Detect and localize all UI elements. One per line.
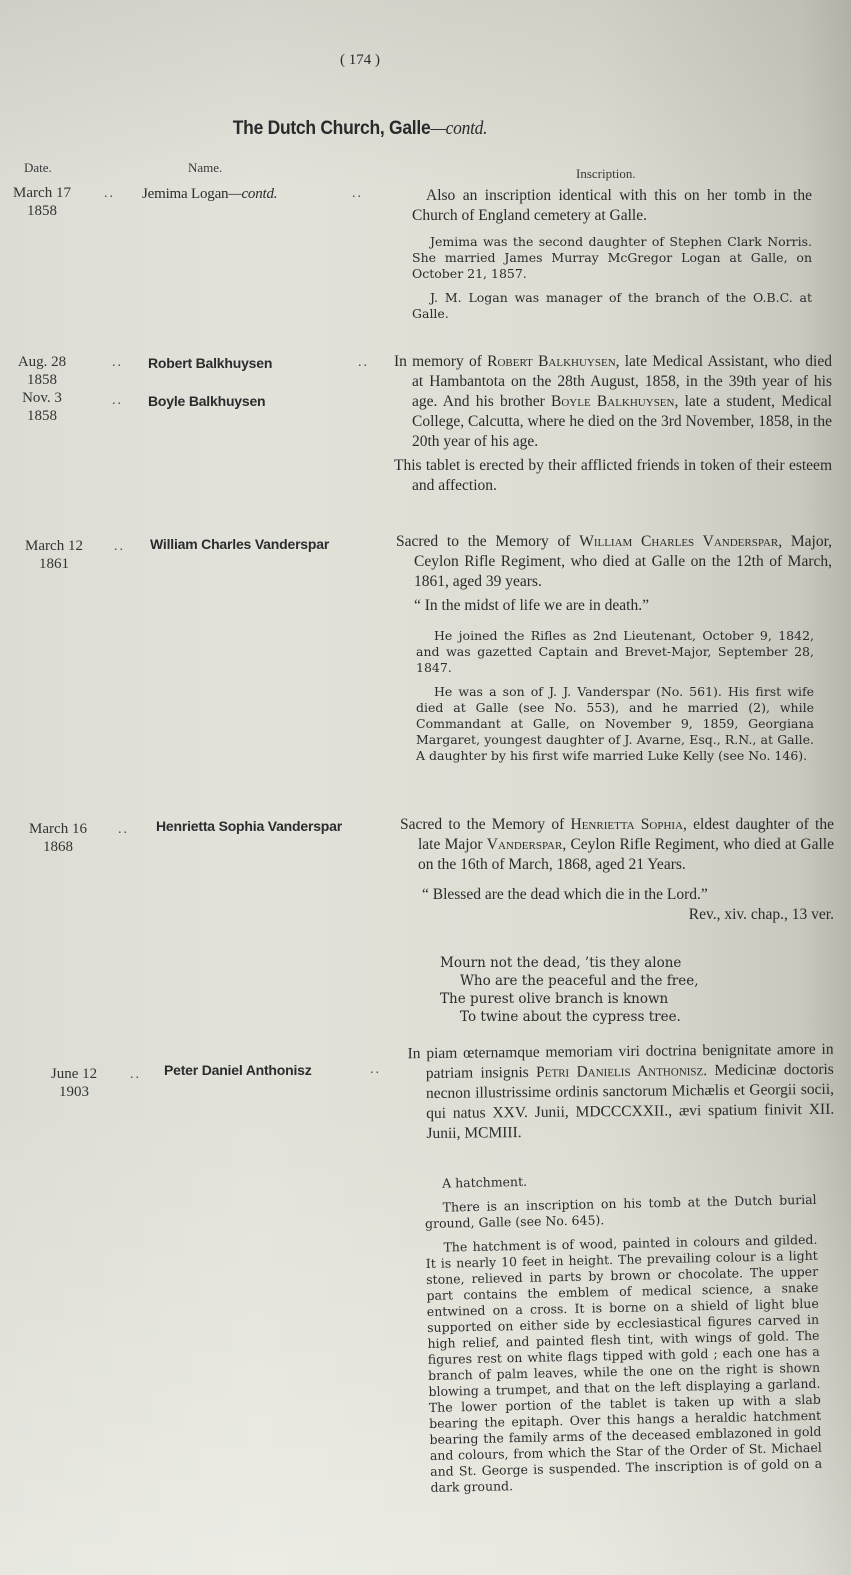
entry-name: Jemima Logan—contd. (142, 186, 277, 203)
entry-notes: Jemima was the second daughter of Stephe… (412, 234, 812, 330)
heading-suffix: —contd. (430, 118, 487, 139)
page-heading: The Dutch Church, Galle—contd. (29, 118, 691, 140)
leader-dots: .. (114, 539, 125, 555)
column-header-inscription: Inscription. (576, 166, 636, 182)
leader-dots: .. (104, 186, 115, 202)
entry-inscription: In memory of Robert Balkhuysen, late Med… (394, 352, 832, 496)
entry-date: March 12 1861 (14, 537, 94, 573)
page-number: ( 174 ) (0, 52, 720, 69)
entry-name: William Charles Vanderspar (150, 536, 329, 552)
entry-date: March 17 1858 (2, 184, 82, 220)
entry-notes: A hatchment. There is an inscription on … (424, 1168, 823, 1504)
column-header-date: Date. (24, 160, 52, 176)
entry-name: Peter Daniel Anthonisz (164, 1062, 312, 1078)
leader-dots: .. (352, 186, 363, 202)
entry-inscription: Sacred to the Memory of Henrietta Sophia… (400, 815, 834, 925)
entry-date: March 16 1868 (18, 820, 98, 856)
column-header-name: Name. (188, 160, 222, 176)
entry-name: Robert Balkhuysen (148, 355, 272, 371)
entry-verse: Mourn not the dead, ’tis they alone Who … (440, 954, 760, 1026)
leader-dots: .. (370, 1062, 381, 1078)
leader-dots: .. (112, 355, 123, 371)
entry-date: June 12 1903 (34, 1065, 114, 1101)
leader-dots: .. (130, 1067, 141, 1083)
entry-inscription: In piam œternamque memoriam viri doctrin… (407, 1040, 834, 1144)
entry-inscription: Sacred to the Memory of William Charles … (396, 532, 832, 616)
entry-inscription: Also an inscription identical with this … (412, 186, 812, 226)
leader-dots: .. (118, 822, 129, 838)
entry-name: Henrietta Sophia Vanderspar (156, 818, 342, 834)
entry-notes: He joined the Rifles as 2nd Lieutenant, … (416, 628, 814, 772)
heading-title: The Dutch Church, Galle (233, 118, 431, 139)
entry-date: Aug. 28 1858 Nov. 3 1858 (2, 353, 82, 425)
leader-dots: .. (112, 393, 123, 409)
entry-name: Boyle Balkhuysen (148, 393, 265, 409)
leader-dots: .. (358, 355, 369, 371)
